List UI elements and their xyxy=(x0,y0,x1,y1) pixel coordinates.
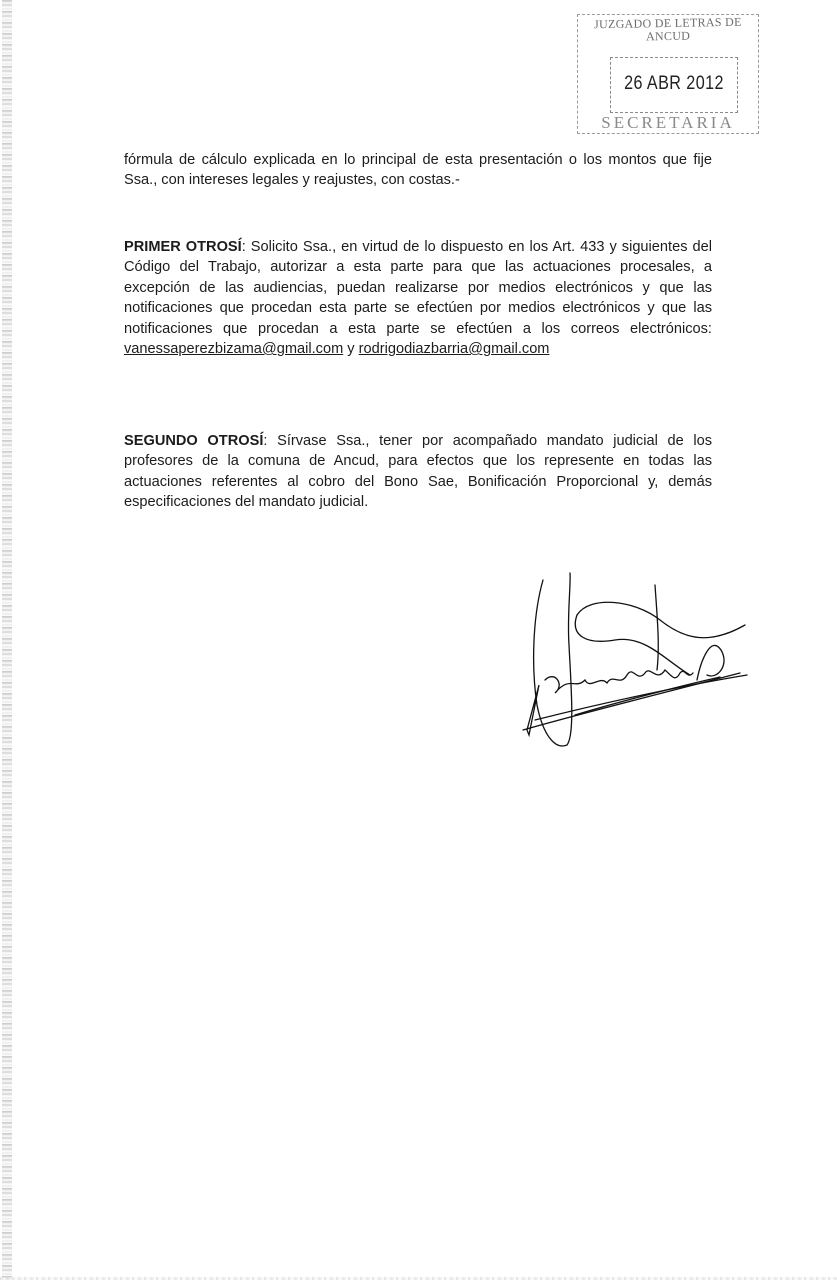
segundo-otrosi-paragraph: SEGUNDO OTROSÍ: Sírvase Ssa., tener por … xyxy=(124,431,712,513)
stamp-office: SECRETARIA xyxy=(578,113,758,133)
intro-paragraph: fórmula de cálculo explicada en lo princ… xyxy=(124,150,712,191)
conjunction: y xyxy=(343,341,358,357)
court-reception-stamp: JUZGADO DE LETRAS DE ANCUD 26 ABR 2012 S… xyxy=(577,14,759,134)
scan-edge-artifact xyxy=(2,0,12,1280)
stamp-court: JUZGADO DE LETRAS DE ANCUD xyxy=(578,15,758,44)
primer-otrosi-label: PRIMER OTROSÍ xyxy=(124,239,242,255)
stamp-city: ANCUD xyxy=(646,29,690,44)
stamp-date-box: 26 ABR 2012 xyxy=(610,57,738,113)
handwritten-signature-icon xyxy=(515,565,755,760)
segundo-otrosi-label: SEGUNDO OTROSÍ xyxy=(124,433,263,449)
email-link-vanessa[interactable]: vanessaperezbizama@gmail.com xyxy=(124,341,343,357)
email-link-rodrigo[interactable]: rodrigodiazbarria@gmail.com xyxy=(359,341,550,357)
stamp-date: 26 ABR 2012 xyxy=(620,73,727,95)
primer-otrosi-paragraph: PRIMER OTROSÍ: Solicito Ssa., en virtud … xyxy=(124,237,712,359)
